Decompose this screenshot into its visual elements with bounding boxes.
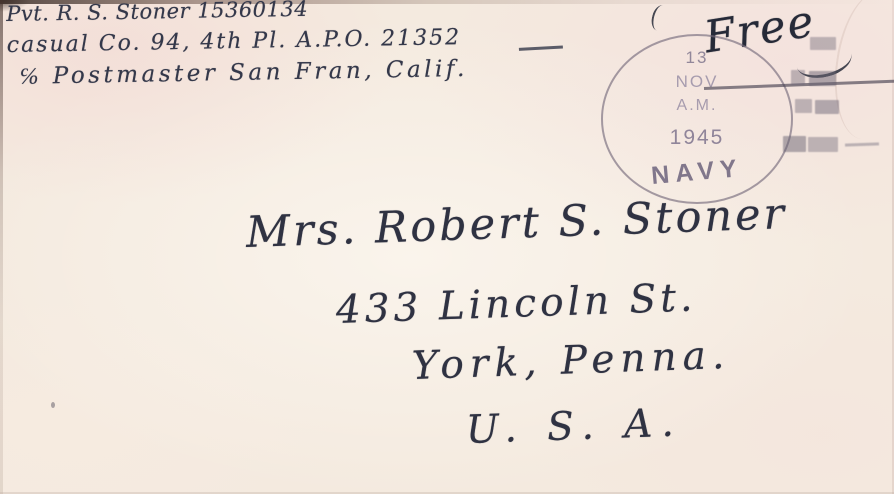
return-address-block: Pvt. R. S. Stoner 15360134 casual Co. 94… xyxy=(6,0,468,90)
cancellation-bar xyxy=(783,136,806,152)
cancellation-bar xyxy=(795,99,812,113)
cancellation-bar xyxy=(808,137,838,152)
recipient-address-line-3: York, Penna. xyxy=(411,333,731,389)
return-address-line-3: ℅ Postmaster San Fran, Calif. xyxy=(19,56,468,90)
cancellation-bar xyxy=(810,37,836,50)
cancellation-bar xyxy=(791,70,805,85)
paper-speck xyxy=(51,402,55,408)
cancellation-bar xyxy=(815,100,839,114)
scan-edge-left xyxy=(0,0,3,494)
recipient-address-line-2: 433 Lincoln St. xyxy=(335,275,697,333)
cancellation-dash xyxy=(845,142,879,146)
pen-underline-stroke xyxy=(519,46,563,51)
postmark-day: 13 xyxy=(603,48,791,68)
return-address-line-1: Pvt. R. S. Stoner 15360134 xyxy=(6,0,467,26)
postmark-service: NAVY xyxy=(602,150,792,195)
postmark-month: NOV xyxy=(603,72,791,92)
postmark-year: 1945 xyxy=(603,126,791,150)
navy-postmark-stamp: 13 NOV A.M. 1945 NAVY xyxy=(601,34,793,204)
envelope: Pvt. R. S. Stoner 15360134 casual Co. 94… xyxy=(0,0,894,494)
pen-flourish-left xyxy=(649,3,671,32)
recipient-address-line-4: U. S. A. xyxy=(465,400,683,453)
return-address-line-2: casual Co. 94, 4th Pl. A.P.O. 21352 xyxy=(7,25,468,58)
cancellation-bar xyxy=(809,71,836,86)
postmark-meridiem: A.M. xyxy=(603,97,791,115)
recipient-address-line-1: Mrs. Robert S. Stoner xyxy=(245,189,788,258)
